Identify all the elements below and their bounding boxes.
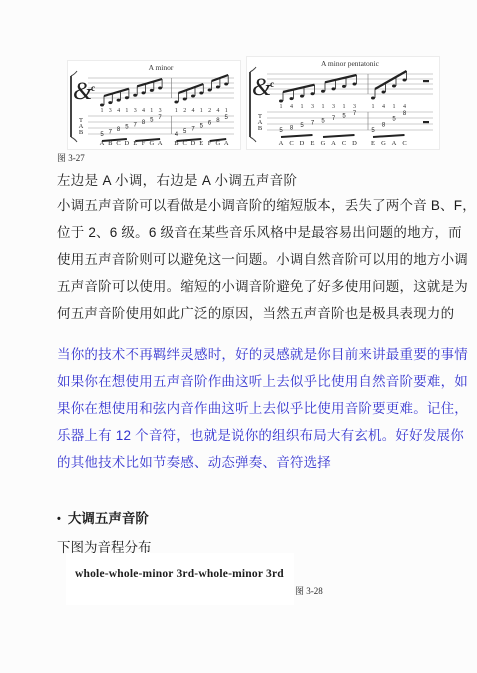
text-line: 位于 2、6 级。6 级音在某些音乐风格中是最容易出问题的地方，而: [57, 219, 427, 246]
svg-text:E: E: [311, 140, 315, 147]
svg-text:G: G: [321, 140, 326, 147]
svg-text:4: 4: [216, 108, 219, 114]
svg-text:5: 5: [321, 118, 325, 124]
svg-text:1: 1: [150, 108, 153, 114]
svg-text:D: D: [125, 140, 130, 147]
svg-text:E: E: [199, 140, 203, 147]
a-minor-pentatonic-figure: A minor pentatonic&cTAB1413131358575757A…: [246, 56, 440, 150]
svg-text:3: 3: [353, 104, 356, 110]
svg-text:8: 8: [290, 126, 294, 132]
figure-description-line: 左边是 A 小调，右边是 A 小调五声音阶: [57, 169, 427, 189]
svg-text:3: 3: [159, 108, 162, 114]
svg-text:3: 3: [109, 108, 112, 114]
commentary-paragraph-blue: 当你的技术不再羁绊灵感时，好的灵感就是你目前来讲最重要的事情如果你在想使用五声音…: [57, 341, 427, 476]
svg-text:&: &: [73, 78, 93, 105]
figure-328-image-area: whole-whole-minor 3rd-whole-minor 3rd: [66, 553, 294, 605]
a-minor-scale-figure: A minor&cTAB1341341357857857ABCDEFGA1241…: [67, 60, 241, 150]
svg-text:c: c: [270, 79, 274, 89]
svg-text:A minor pentatonic: A minor pentatonic: [321, 59, 380, 68]
svg-text:4: 4: [382, 104, 385, 110]
figure-327-caption: 图 3-27: [57, 151, 85, 164]
svg-text:4: 4: [175, 132, 179, 138]
svg-text:5: 5: [392, 117, 396, 123]
text-line: 何五声音阶使用如此广泛的原因，当然五声音阶也是极具表现力的: [57, 300, 427, 327]
a-minor-notation-svg: A minor&cTAB1341341357857857ABCDEFGA1241…: [68, 61, 238, 147]
svg-text:A: A: [158, 140, 163, 147]
figure-328-caption: 图 3-28: [295, 584, 323, 597]
svg-text:C: C: [183, 140, 187, 147]
text-line: 果你在想使用和弦内音作曲这听上去似乎比使用音阶要更难。记住，: [57, 395, 427, 422]
svg-text:D: D: [300, 140, 305, 147]
svg-text:1: 1: [200, 108, 203, 114]
section-heading-text: 大调五声音阶: [68, 511, 149, 526]
svg-text:7: 7: [109, 130, 113, 136]
section-heading-major-pentatonic: •大调五声音阶: [57, 507, 149, 527]
svg-text:C: C: [116, 140, 120, 147]
svg-text:7: 7: [191, 126, 195, 132]
svg-text:A: A: [392, 140, 397, 147]
svg-text:4: 4: [290, 104, 293, 110]
text-line: 乐器上有 12 个音符，也就是说你的组织布局大有玄机。好好发展你: [57, 422, 427, 449]
svg-text:A: A: [224, 140, 229, 147]
text-line: 五声音阶可以使用。缩短的小调音阶避免了好多使用问题，这就是为: [57, 273, 427, 300]
text-line: 当你的技术不再羁绊灵感时，好的灵感就是你目前来讲最重要的事情: [57, 341, 427, 368]
svg-text:&: &: [252, 74, 272, 101]
svg-text:B: B: [79, 129, 84, 136]
text-line: 如果你在想使用五声音阶作曲这听上去似乎比使用自然音阶要难，如: [57, 368, 427, 395]
svg-text:1: 1: [322, 104, 325, 110]
svg-text:G: G: [149, 140, 154, 147]
svg-text:1: 1: [372, 104, 375, 110]
svg-text:E: E: [371, 140, 375, 147]
svg-text:4: 4: [117, 108, 120, 114]
svg-text:B: B: [258, 125, 263, 132]
svg-text:1: 1: [280, 104, 283, 110]
svg-text:B: B: [108, 140, 113, 147]
svg-text:5: 5: [279, 128, 283, 134]
svg-text:1: 1: [393, 104, 396, 110]
svg-text:4: 4: [192, 108, 195, 114]
svg-text:D: D: [191, 140, 196, 147]
svg-text:G: G: [381, 140, 386, 147]
svg-text:5: 5: [183, 129, 187, 135]
svg-text:E: E: [133, 140, 137, 147]
svg-text:F: F: [208, 140, 212, 147]
svg-text:3: 3: [311, 104, 314, 110]
bullet-marker: •: [57, 513, 61, 525]
svg-text:8: 8: [142, 120, 146, 126]
svg-text:1: 1: [125, 108, 128, 114]
svg-text:C: C: [342, 140, 346, 147]
text-line: 使用五声音阶则可以避免这一问题。小调自然音阶可以用的地方小调: [57, 246, 427, 273]
body-paragraph-1: 小调五声音阶可以看做是小调音阶的缩短版本，丢失了两个音 B、F，位于 2、6 级…: [57, 192, 427, 327]
svg-text:A: A: [100, 140, 105, 147]
svg-text:5: 5: [150, 117, 154, 123]
svg-text:5: 5: [371, 128, 375, 134]
svg-text:8: 8: [216, 118, 220, 124]
svg-text:7: 7: [134, 122, 138, 128]
svg-text:5: 5: [100, 132, 104, 138]
text-line: 的其他技术比如节奏感、动态弹奏、音符选择: [57, 449, 427, 476]
svg-text:5: 5: [200, 124, 204, 130]
svg-text:5: 5: [125, 125, 129, 131]
svg-text:7: 7: [332, 116, 336, 122]
svg-text:G: G: [216, 140, 221, 147]
document-page: { "page": { "background": "#fcfcfc", "te…: [0, 0, 477, 673]
svg-text:1: 1: [343, 104, 346, 110]
svg-text:1: 1: [301, 104, 304, 110]
svg-text:1: 1: [175, 108, 178, 114]
svg-text:1: 1: [225, 108, 228, 114]
text-line: 小调五声音阶可以看做是小调音阶的缩短版本，丢失了两个音 B、F，: [57, 192, 427, 219]
svg-text:D: D: [352, 140, 357, 147]
a-minor-pentatonic-notation-svg: A minor pentatonic&cTAB1413131358575757A…: [247, 57, 437, 147]
svg-text:2: 2: [183, 108, 186, 114]
svg-text:6: 6: [208, 121, 212, 127]
svg-text:c: c: [91, 83, 95, 93]
svg-text:A: A: [279, 140, 284, 147]
svg-text:4: 4: [142, 108, 145, 114]
svg-text:7: 7: [311, 121, 315, 127]
svg-text:3: 3: [134, 108, 137, 114]
svg-text:4: 4: [403, 104, 406, 110]
interval-formula: whole-whole-minor 3rd-whole-minor 3rd: [75, 568, 284, 580]
svg-text:F: F: [142, 140, 146, 147]
svg-text:A: A: [331, 140, 336, 147]
svg-text:1: 1: [101, 108, 104, 114]
svg-text:A minor: A minor: [149, 63, 174, 72]
svg-text:8: 8: [382, 122, 386, 128]
svg-text:C: C: [402, 140, 406, 147]
svg-text:C: C: [289, 140, 293, 147]
svg-text:3: 3: [332, 104, 335, 110]
svg-text:2: 2: [208, 108, 211, 114]
svg-text:5: 5: [342, 113, 346, 119]
svg-text:B: B: [174, 140, 179, 147]
